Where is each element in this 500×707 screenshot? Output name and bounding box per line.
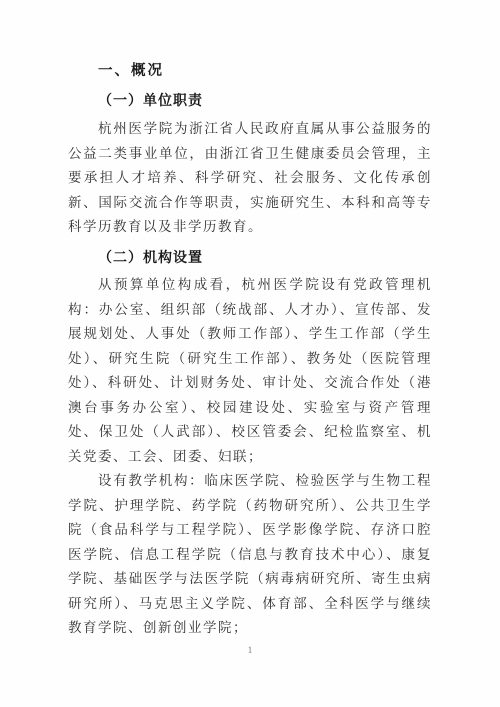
paragraph-teaching-organizations: 设有教学机构：临床医学院、检验医学与生物工程学院、护理学院、药学院（药物研究所）… xyxy=(68,469,432,641)
page-number: 1 xyxy=(0,645,500,655)
paragraph-admin-organizations: 从预算单位构成看，杭州医学院设有党政管理机构：办公室、组织部（统战部、人才办）、… xyxy=(68,273,432,469)
subsection-heading-org-structure: （二）机构设置 xyxy=(68,247,432,272)
subsection-heading-unit-duties: （一）单位职责 xyxy=(68,90,432,115)
section-heading-overview: 一、概况 xyxy=(68,59,432,84)
paragraph-unit-duties: 杭州医学院为浙江省人民政府直属从事公益服务的公益二类事业单位，由浙江省卫生健康委… xyxy=(68,117,432,240)
document-page: 一、概况 （一）单位职责 杭州医学院为浙江省人民政府直属从事公益服务的公益二类事… xyxy=(0,0,500,707)
document-content: 一、概况 （一）单位职责 杭州医学院为浙江省人民政府直属从事公益服务的公益二类事… xyxy=(0,0,500,641)
